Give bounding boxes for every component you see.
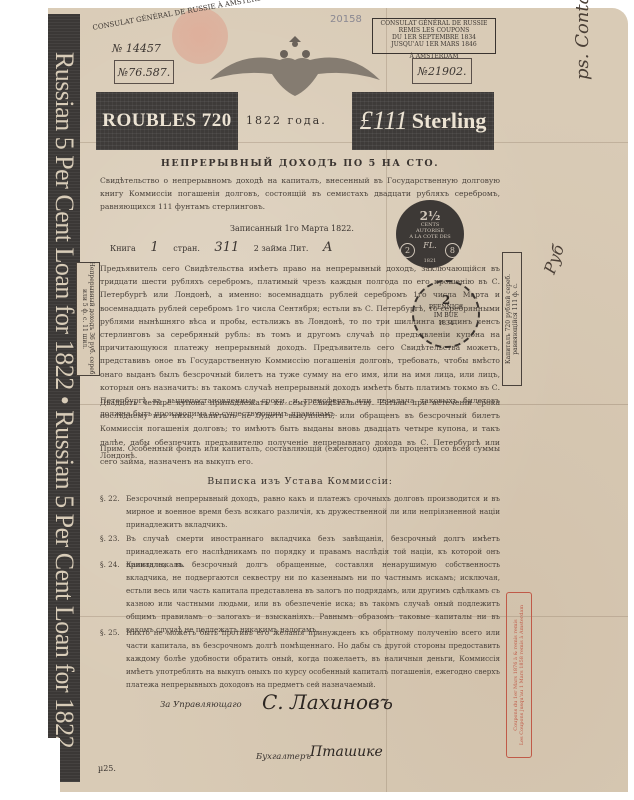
serial-number-right: №21902. — [412, 58, 472, 84]
stamp-line: À AMSTERDAM — [373, 53, 495, 60]
headline: НЕПРЕРЫВНЫЙ ДОХОДЪ ПО 5 НА СТО. — [100, 158, 500, 169]
red-stamp-text: Coupons du 1er Mars 1876 à & remis remis… — [513, 605, 525, 745]
pencil-note: 20158 — [330, 14, 362, 25]
number-label: № — [112, 42, 122, 55]
stamp-line: CONSULAT GÉNÉRAL DE RUSSIE — [373, 20, 495, 27]
page-label: стран. — [173, 244, 200, 253]
section-number: §. 24. — [100, 558, 124, 571]
loan-title-strip-text: Russian 5 Per Cent Loan for 1822 • Russi… — [49, 52, 79, 748]
section-number: §. 25. — [100, 626, 124, 639]
statute-section: §. 25. Никто не можетъ быть противъ его … — [100, 626, 500, 691]
section-number: §. 22. — [100, 492, 124, 505]
stamp-line: JUSQU'AU 1ER MARS 1846 — [373, 41, 495, 48]
extract-heading: Выписка изъ Устава Коммиссіи: — [100, 476, 500, 487]
stamp-left: 2 — [400, 243, 415, 258]
number-value: 14457 — [126, 42, 161, 55]
side-box-line: Капиталъ 720 рублей сереб. — [505, 274, 512, 364]
stamp-line: IM BUE — [414, 312, 478, 320]
stamp-line: REMIS LES COUPONS — [373, 27, 495, 34]
book-value: 1 — [150, 240, 158, 255]
double-headed-eagle-icon — [200, 30, 390, 100]
page-value: 311 — [214, 240, 239, 255]
side-box-line: равняющійся 111 ф. с. — [512, 274, 519, 364]
consulate-number: № 14457 — [112, 42, 161, 55]
stamp-right: 8 — [445, 243, 460, 258]
side-box-line: Непрерывный доходъ 36 руб. сереб. — [88, 262, 95, 377]
stamp-line: PFENNIGS — [414, 304, 478, 312]
serial-number-left: №76.587. — [114, 60, 174, 84]
date-line: Записанный 1го Марта 1822. — [230, 224, 354, 233]
issue-year: 1822 года. — [246, 114, 327, 127]
loan-value: A — [323, 240, 332, 255]
pound-amount: £111 — [360, 106, 408, 136]
stamp-line: A LA COTE DES — [396, 234, 464, 240]
note-paragraph: Прим. Особенный фондъ или капиталъ, сост… — [100, 442, 500, 468]
accountant-label: Бухгалтеръ — [256, 752, 311, 762]
side-box-text: Капиталъ 720 рублей сереб. равняющійся 1… — [505, 274, 519, 364]
amsterdam-consulate-stamp: CONSULAT GÉNÉRAL DE RUSSIE REMIS LES COU… — [372, 18, 496, 54]
side-box-text: Непрерывный доходъ 36 руб. сереб. или 5 … — [81, 262, 95, 377]
section-number: §. 23. — [100, 532, 124, 545]
sterling-denomination: £111 Sterling — [352, 92, 494, 150]
section-text: Никто не можетъ быть противъ его желанія… — [126, 626, 500, 691]
accountant-signature: Пташике — [310, 744, 383, 760]
footer-mark: µ25. — [98, 764, 116, 773]
statute-section: §. 24. Капиталы, въ безсрочный долгъ обр… — [100, 558, 500, 636]
stamp-row: 2 FL. 8 — [396, 243, 464, 258]
sterling-label: Sterling — [412, 108, 487, 134]
stamp-center: 2 — [414, 296, 478, 304]
dark-coin-stamp: 2½ CENTS AUTORISE A LA COTE DES 2 FL. 8 … — [396, 200, 464, 268]
red-stamp-line: Les Coupons jusqu'au 1 Mars 1858 remis à… — [519, 605, 525, 745]
section-text: Безсрочный непрерывный доходъ, равно как… — [126, 492, 500, 531]
manager-label: За Управляющаго — [160, 700, 242, 710]
stamp-line: DU 1ER SEPTEMBRE 1834 — [373, 34, 495, 41]
income-side-box: Непрерывный доходъ 36 руб. сереб. или 5 … — [76, 262, 100, 376]
margin-signature: ps. Contaach — [572, 0, 593, 80]
stamp-line: 1834 — [414, 320, 478, 328]
book-label: Книга — [110, 244, 136, 253]
torn-edge — [40, 738, 60, 798]
red-coupon-stamp: Coupons du 1er Mars 1876 à & remis remis… — [506, 592, 532, 758]
stamp-mid: FL. — [423, 243, 436, 258]
registry-line: Книга 1 стран. 311 2 займа Лит. A — [110, 240, 344, 255]
statute-section: §. 22. Безсрочный непрерывный доходъ, ра… — [100, 492, 500, 531]
round-coin-stamp: 2 PFENNIGS IM BUE 1834 — [412, 280, 480, 348]
loan-label: 2 займа Лит. — [254, 244, 309, 253]
capital-side-box: Капиталъ 720 рублей сереб. равняющійся 1… — [502, 252, 522, 386]
stamp-center: 2½ — [396, 210, 464, 222]
side-box-line: или 5 ф. с. 11 шил. — [81, 262, 88, 377]
manager-signature: С. Лахиновъ — [262, 690, 393, 714]
section-text: Капиталы, въ безсрочный долгъ обращенные… — [126, 558, 500, 636]
roubles-denomination: ROUBLES 720 — [96, 92, 238, 150]
